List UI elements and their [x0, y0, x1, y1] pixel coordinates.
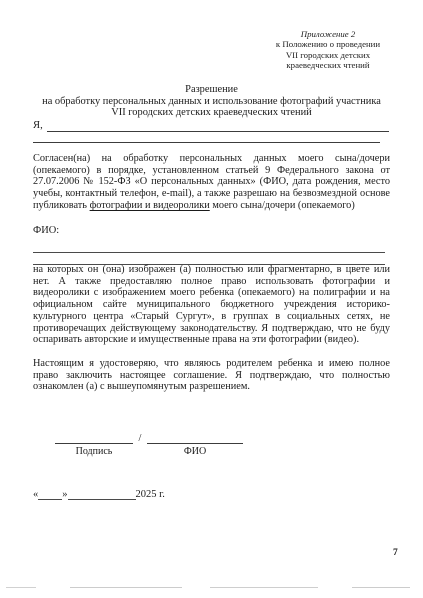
- signature-label: Подпись: [55, 446, 133, 457]
- signature-labels: Подпись ФИО: [55, 446, 243, 457]
- usage-paragraph: на которых он (она) изображен (а) полнос…: [33, 264, 390, 346]
- title-line3: VII городских детских краеведческих чтен…: [33, 107, 390, 119]
- signature-fill-line: [55, 434, 133, 444]
- date-row: « » 2025 г.: [33, 488, 165, 500]
- scan-artifact-line: [6, 587, 36, 588]
- declarant-name-row: Я,: [33, 120, 389, 132]
- appendix-line3: VII городских детских: [253, 50, 403, 60]
- declarant-prefix: Я,: [33, 120, 43, 132]
- declarant-name-fill-line: [47, 120, 389, 132]
- appendix-line2: к Положению о проведении: [253, 39, 403, 49]
- page-number: 7: [393, 548, 398, 558]
- consent-text-underlined: фотографии и видеоролики: [90, 200, 210, 211]
- consent-text-after: моего сына/дочери (опекаемого): [210, 200, 355, 211]
- date-month-fill-line: [68, 488, 136, 500]
- appendix-header: Приложение 2 к Положению о проведении VI…: [253, 29, 403, 71]
- signature-labels-gap: [133, 446, 147, 457]
- title-line1: Разрешение: [33, 84, 390, 96]
- signature-fio-label: ФИО: [147, 446, 243, 457]
- consent-paragraph: Согласен(на) на обработку персональных д…: [33, 153, 390, 212]
- date-day-fill-line: [38, 488, 62, 500]
- date-year: 2025 г.: [136, 489, 165, 500]
- appendix-line4: краеведческих чтений: [253, 60, 403, 70]
- fio-label: ФИО:: [33, 225, 59, 236]
- signature-row: /: [55, 434, 243, 444]
- declarant-name-fill-line-2: [33, 142, 380, 143]
- title-line2: на обработку персональных данных и испол…: [33, 96, 390, 108]
- appendix-number: Приложение 2: [253, 29, 403, 39]
- signature-block: / Подпись ФИО: [55, 434, 243, 457]
- document-title: Разрешение на обработку персональных дан…: [33, 84, 390, 119]
- certification-paragraph: Настоящим я удостоверяю, что являюсь род…: [33, 358, 390, 393]
- scan-artifact-line: [352, 587, 410, 588]
- scan-artifact-line: [70, 587, 182, 588]
- document-page: Приложение 2 к Положению о проведении VI…: [0, 0, 423, 598]
- scan-artifact-line: [210, 587, 318, 588]
- signature-fio-fill-line: [147, 434, 243, 444]
- signature-separator: /: [133, 434, 147, 444]
- fio-fill-line-1: [33, 252, 385, 253]
